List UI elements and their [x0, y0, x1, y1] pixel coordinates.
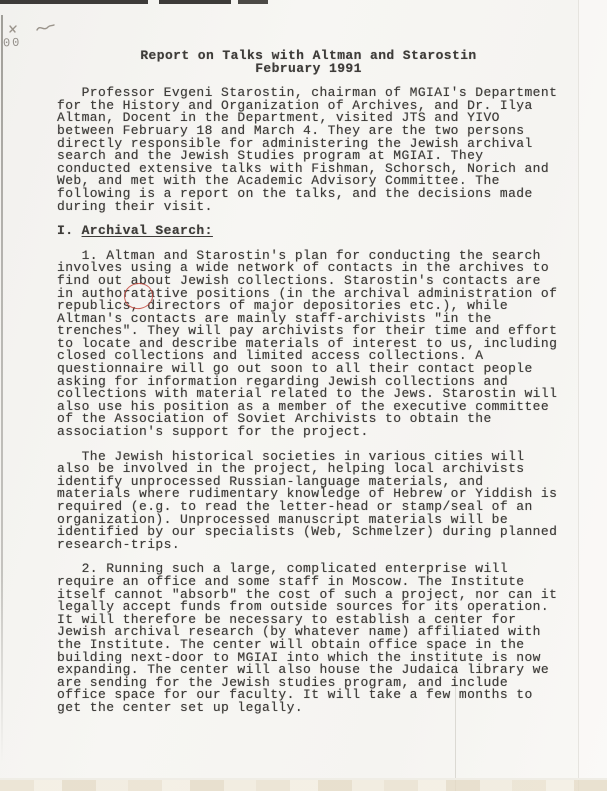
doc-title-block: Report on Talks with Altman and Starosti… [57, 50, 560, 75]
text-line: during their visit. [57, 201, 560, 214]
pencil-scribble [7, 21, 65, 37]
text-line: get the center set up legally. [57, 702, 560, 715]
heading-text: Archival Search: [82, 223, 213, 238]
page-number-handwritten: 00 [3, 36, 22, 51]
scan-edge-left [1, 15, 3, 763]
heading-numeral: I. [57, 223, 82, 238]
section-heading: I. Archival Search: [57, 225, 560, 238]
doc-subtitle: February 1991 [57, 63, 560, 76]
scanned-page: 00 Report on Talks with Altman and Staro… [0, 0, 607, 791]
text-line: research-trips. [57, 539, 560, 552]
paragraph: 1. Altman and Starostin's plan for condu… [57, 250, 560, 439]
paragraph: The Jewish historical societies in vario… [57, 451, 560, 552]
red-circle-annotation: at [131, 288, 147, 301]
scan-margin-band [579, 0, 607, 791]
scan-edge-top [0, 0, 272, 4]
paragraph: 2. Running such a large, complicated ent… [57, 563, 560, 714]
paragraph: Professor Evgeni Starostin, chairman of … [57, 87, 560, 213]
underlying-page-band [0, 780, 607, 791]
document-body: Report on Talks with Altman and Starosti… [57, 50, 560, 727]
text-line: association's support for the project. [57, 426, 560, 439]
